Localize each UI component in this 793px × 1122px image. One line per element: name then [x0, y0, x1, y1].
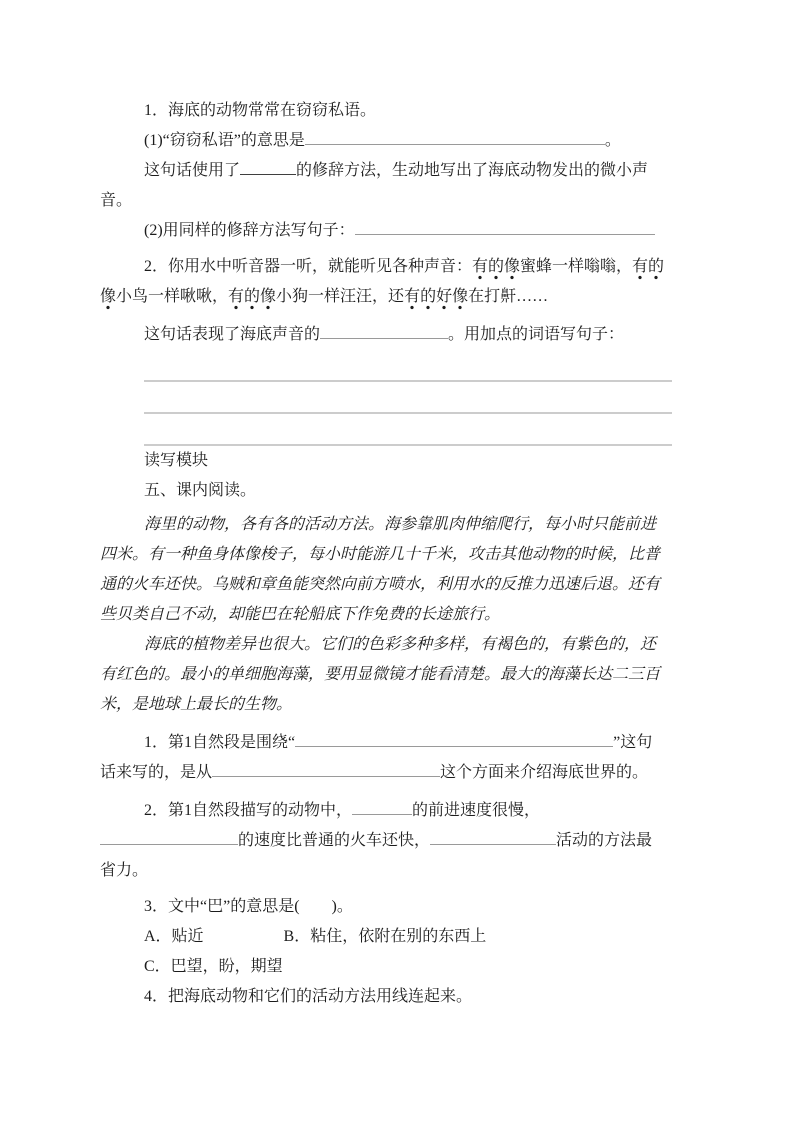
emphasized-dotted-text: 有的像	[472, 258, 520, 280]
question-2-followup: 这句话表现了海底声音的。用加点的词语写句子：	[100, 320, 668, 350]
module-header: 读写模块	[100, 446, 668, 476]
passage-paragraph-1: 海里的动物，各有各的活动方法。海参靠肌肉伸缩爬行，每小时只能前进四米。有一种鱼身…	[100, 510, 668, 630]
passage-paragraph-2: 海底的植物差异也很大。它们的色彩多种多样，有褐色的，有紫色的，还有红色的。最小的…	[100, 630, 668, 720]
answer-line	[144, 414, 672, 446]
fill-in-blank	[320, 323, 448, 339]
reading-question-1: 1．第1自然段是围绕“”这句话来写的，是从这个方面来介绍海底世界的。	[100, 728, 668, 788]
text-run: 小狗一样汪汪，还	[276, 288, 404, 305]
text-run: 在打鼾……	[468, 288, 548, 305]
reading-question-2: 2．第1自然段描写的动物中，的前进速度很慢，的速度比普通的火车还快，活动的方法最…	[100, 796, 668, 886]
reading-question-3-options-ab: A．贴近 B．粘住，依附在别的东西上	[100, 922, 668, 952]
fill-in-blank	[100, 829, 238, 845]
text-run: 这句话使用了	[144, 162, 240, 179]
text-run: 的前进速度很慢，	[412, 802, 540, 819]
answer-line	[144, 350, 672, 382]
text-run: 2．你用水中听音器一听，就能听见各种声音：	[144, 258, 472, 275]
reading-question-4: 4．把海底动物和它们的活动方法用线连起来。	[100, 982, 668, 1012]
worksheet-page: 1．海底的动物常常在窃窃私语。 (1)“窃窃私语”的意思是。 这句话使用了的修辞…	[0, 0, 793, 1122]
fill-in-blank	[212, 761, 440, 777]
reading-question-3: 3．文中“巴”的意思是( )。	[100, 892, 668, 922]
text-run: 1．第1自然段是围绕“	[144, 734, 295, 751]
question-1-sub2-write-sentence: (2)用同样的修辞方法写句子：	[100, 216, 668, 246]
text-run: (1)“窃窃私语”的意思是	[144, 132, 305, 149]
text-run: 这句话表现了海底声音的	[144, 326, 320, 343]
text-run: 小鸟一样啾啾，	[116, 288, 228, 305]
fill-in-blank	[240, 159, 296, 175]
text-run: 2．第1自然段描写的动物中，	[144, 802, 352, 819]
fill-in-blank	[430, 829, 556, 845]
text-run: 蜜蜂一样嗡嗡，	[520, 258, 632, 275]
fill-in-blank	[305, 129, 605, 145]
text-run: (2)用同样的修辞方法写句子：	[144, 222, 355, 239]
answer-lines-area	[100, 350, 668, 446]
fill-in-blank	[295, 731, 613, 747]
question-2-sentence: 2．你用水中听音器一听，就能听见各种声音：有的像蜜蜂一样嗡嗡，有的像小鸟一样啾啾…	[100, 252, 668, 312]
question-1-sub1-followup: 这句话使用了的修辞方法，生动地写出了海底动物发出的微小声音。	[100, 156, 668, 216]
answer-line	[144, 382, 672, 414]
text-run: 这个方面来介绍海底世界的。	[440, 764, 648, 781]
question-1-sub1-blank-line: (1)“窃窃私语”的意思是。	[100, 126, 668, 156]
text-run: 的速度比普通的火车还快，	[238, 832, 430, 849]
emphasized-dotted-text: 有的好像	[404, 288, 468, 310]
fill-in-blank	[355, 219, 655, 235]
reading-question-3-option-c: C．巴望，盼，期望	[100, 952, 668, 982]
emphasized-dotted-text: 有的像	[228, 288, 276, 310]
text-run: 。用加点的词语写句子：	[448, 326, 624, 343]
question-1-sentence: 1．海底的动物常常在窃窃私语。	[100, 96, 668, 126]
fill-in-blank	[352, 799, 412, 815]
text-run: 。	[605, 132, 621, 149]
section-title-reading: 五、课内阅读。	[100, 476, 668, 506]
